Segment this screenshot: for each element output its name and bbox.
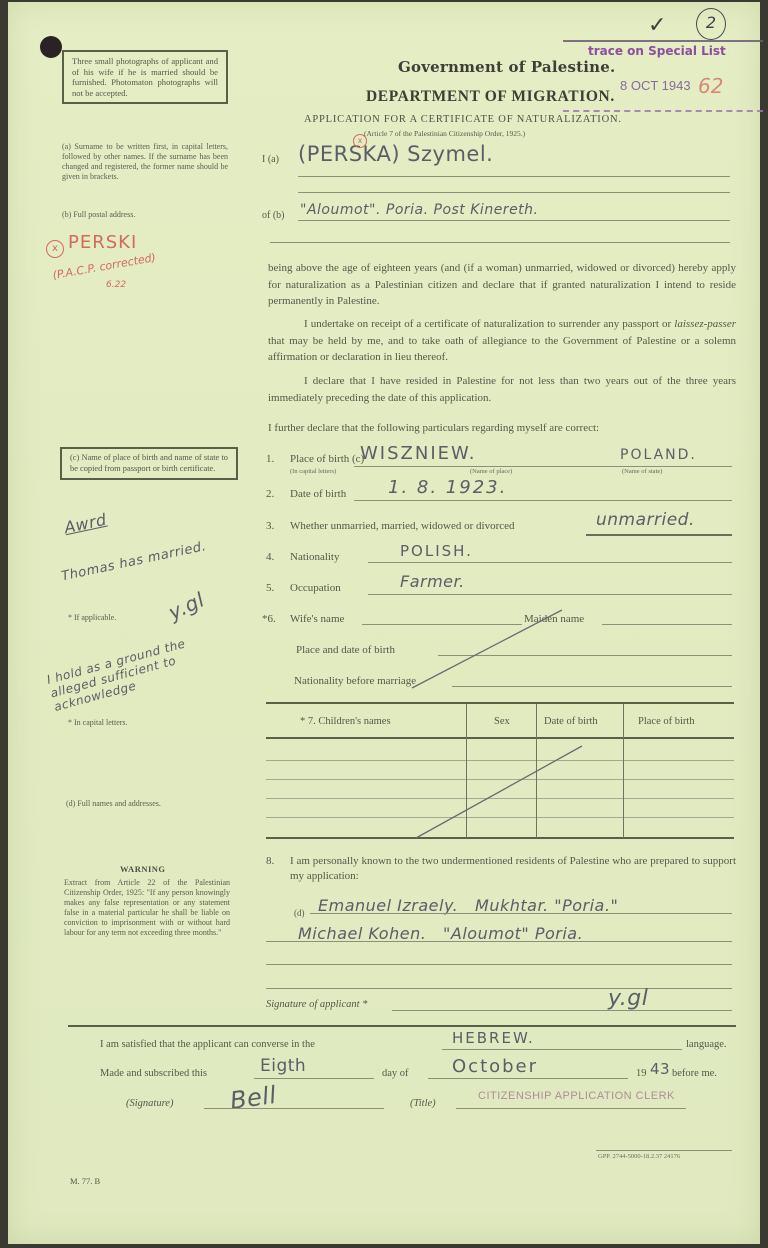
- table-header-pob: Place of birth: [638, 716, 695, 727]
- note-d: (d) Full names and addresses.: [66, 799, 161, 809]
- declaration-3: I declare that I have resided in Palesti…: [268, 373, 736, 406]
- in-capital-note: * In capital letters.: [68, 718, 128, 728]
- stamp-special-list: trace on Special List: [588, 44, 726, 58]
- form-subtitle: (Article 7 of the Palestinian Citizenshi…: [364, 129, 525, 138]
- referee-1-line: [310, 913, 732, 914]
- signature-line: [204, 1108, 384, 1109]
- table-col-divider: [623, 704, 624, 838]
- photo-note-box: Three small photographs of applicant and…: [62, 50, 228, 104]
- address-line: [298, 220, 730, 221]
- warning-title: WARNING: [120, 864, 166, 874]
- q1-line: [354, 466, 732, 467]
- red-annotation-initials: 6.22: [106, 280, 126, 290]
- title-line: [456, 1108, 686, 1109]
- handwritten-note-3: I hold as a ground the alleged sufficien…: [45, 632, 210, 714]
- language-line: [442, 1049, 682, 1050]
- month-line: [428, 1078, 628, 1079]
- table-header-border: [266, 737, 734, 739]
- note-b: (b) Full postal address.: [62, 210, 135, 220]
- cert-line1-a: I am satisfied that the applicant can co…: [100, 1039, 315, 1050]
- label-a: I (a): [262, 154, 279, 165]
- q5-line: [368, 594, 732, 595]
- q6-nationality-label: Nationality before marriage: [294, 675, 416, 687]
- q6-label: Wife's name: [290, 613, 344, 625]
- q6-num: *6.: [262, 613, 276, 625]
- if-applicable-note: * If applicable.: [68, 613, 116, 623]
- clerk-signature: Bell: [228, 1081, 278, 1115]
- declaration-2-italic: laissez-passer: [674, 318, 736, 330]
- cert-line1-b: language.: [686, 1039, 727, 1050]
- q3-label: Whether unmarried, married, widowed or d…: [290, 520, 515, 532]
- applicant-signature-line: [392, 1010, 732, 1011]
- initials-1: y.gl: [165, 587, 209, 624]
- address-line-2: [270, 242, 730, 243]
- declaration-4: I further declare that the following par…: [268, 420, 736, 437]
- occupation: Farmer.: [400, 572, 465, 591]
- day-value: Eigth: [260, 1056, 306, 1076]
- name-line: [298, 176, 730, 177]
- name-red-x: x: [353, 134, 367, 148]
- table-header-dob: Date of birth: [544, 716, 598, 727]
- declaration-2-text: I undertake on receipt of a certificate …: [304, 318, 674, 330]
- q4-line: [368, 562, 732, 563]
- referee-3-line: [266, 964, 732, 965]
- label-b: of (b): [262, 210, 285, 221]
- warning-text: Extract from Article 22 of the Palestini…: [64, 878, 230, 938]
- year-suffix: 43: [650, 1060, 670, 1078]
- circled-number: 2: [696, 8, 726, 40]
- label-d: (d): [294, 908, 305, 918]
- red-annotation-note: (P.A.C.P. corrected): [52, 251, 157, 282]
- q5-num: 5.: [266, 582, 274, 594]
- stamp-date: 8 OCT 1943: [620, 78, 691, 93]
- declaration-2: I undertake on receipt of a certificate …: [268, 316, 736, 366]
- q4-label: Nationality: [290, 551, 340, 563]
- q1-label: Place of birth (c): [290, 453, 364, 465]
- q4-num: 4.: [266, 551, 274, 563]
- cert-line2-a: Made and subscribed this: [100, 1068, 207, 1079]
- q3-num: 3.: [266, 520, 274, 532]
- month-value: October: [452, 1056, 538, 1077]
- punch-hole: [40, 36, 62, 58]
- declaration-2-text-b: that may be held by me, and to take oath…: [268, 335, 736, 364]
- table-top-border: [266, 702, 734, 704]
- referee-4-line: [266, 988, 732, 989]
- language-value: HEBREW.: [452, 1029, 535, 1047]
- q1-num: 1.: [266, 453, 274, 465]
- strike-line-wife: [408, 602, 568, 692]
- q2-label: Date of birth: [290, 488, 346, 500]
- declaration-1: being above the age of eighteen years (a…: [268, 260, 736, 310]
- year-prefix: 19: [636, 1068, 647, 1079]
- clerk-title-stamp: CITIZENSHIP APPLICATION CLERK: [478, 1090, 675, 1102]
- signature-label: (Signature): [126, 1098, 173, 1109]
- q1-caps-caption: (In capital letters): [290, 468, 336, 475]
- q1-place-caption: (Name of place): [470, 468, 512, 475]
- certification-divider: [68, 1025, 736, 1027]
- cert-line2-c: before me.: [672, 1068, 717, 1079]
- q6-maiden-line: [602, 624, 732, 625]
- q5-label: Occupation: [290, 582, 341, 594]
- q8-num: 8.: [266, 855, 274, 867]
- document-page: Three small photographs of applicant and…: [8, 2, 760, 1244]
- day-line: [254, 1078, 374, 1079]
- applicant-signature: y.gl: [608, 986, 648, 1011]
- q1-state-caption: (Name of state): [622, 468, 662, 475]
- check-mark-icon: ✓: [648, 12, 666, 38]
- printer-rule: [596, 1150, 732, 1151]
- table-header-sex: Sex: [494, 716, 510, 727]
- strike-line-children: [408, 742, 588, 842]
- q6-place-date-label: Place and date of birth: [296, 644, 395, 656]
- q2-num: 2.: [266, 488, 274, 500]
- birth-state: POLAND.: [620, 447, 697, 463]
- marital-status: unmarried.: [596, 510, 695, 530]
- note-a: (a) Surname to be written first, in capi…: [62, 142, 228, 182]
- applicant-name: (PERSKA) Szymel.: [298, 142, 493, 166]
- red-mark-62: 62: [698, 74, 723, 98]
- table-header-names: * 7. Children's names: [300, 716, 391, 727]
- handwritten-note-1: Awrd: [62, 510, 108, 537]
- note-c-box: (c) Name of place of birth and name of s…: [60, 447, 238, 480]
- q2-line: [354, 500, 732, 501]
- form-code: M. 77. B: [70, 1176, 100, 1186]
- cert-line2-b: day of: [382, 1068, 409, 1079]
- nationality: POLISH.: [400, 542, 473, 560]
- q8-text: I am personally known to the two underme…: [290, 854, 736, 884]
- name-line-2: [298, 192, 730, 193]
- title-label: (Title): [410, 1098, 436, 1109]
- date-of-birth: 1. 8. 1923.: [388, 477, 507, 498]
- form-title: APPLICATION FOR A CERTIFICATE OF NATURAL…: [304, 114, 622, 125]
- red-annotation-name: PERSKI: [68, 232, 137, 253]
- applicant-address: "Aloumot". Poria. Post Kinereth.: [300, 202, 539, 218]
- referee-2-line: [266, 941, 732, 942]
- handwritten-note-2: Thomas has married.: [60, 539, 210, 585]
- printer-code: GPP. 2744-5000-18.2.37 24176: [598, 1153, 680, 1160]
- red-annotation-x: x: [46, 240, 64, 258]
- applicant-signature-label: Signature of applicant *: [266, 999, 367, 1010]
- birth-place: WISZNIEW.: [360, 443, 476, 464]
- q3-line: [586, 534, 732, 536]
